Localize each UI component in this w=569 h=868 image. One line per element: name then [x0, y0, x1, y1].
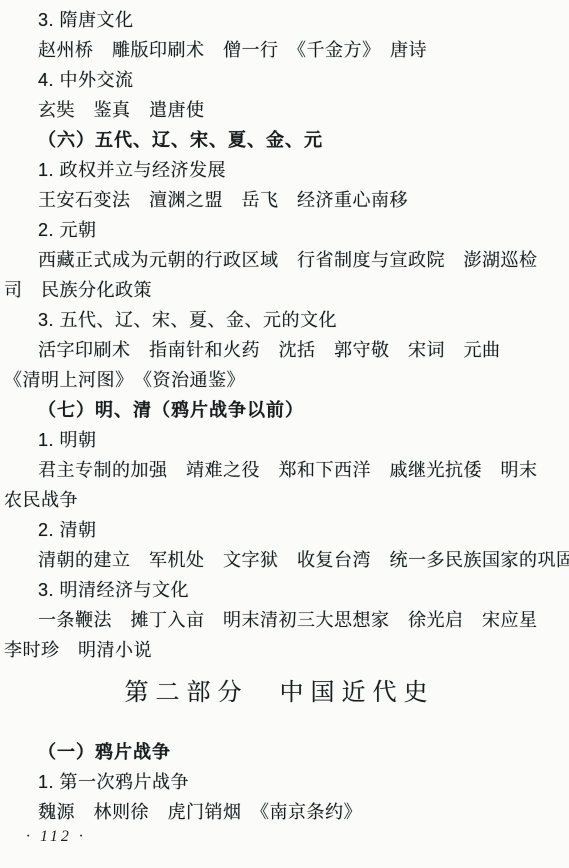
- keyword-line: 赵州桥 雕版印刷术 僧一行 《千金方》 唐诗: [4, 35, 555, 65]
- keyword-line: 一条鞭法 摊丁入亩 明末清初三大思想家 徐光启 宋应星: [4, 605, 555, 635]
- numbered-item: 2. 元朝: [4, 215, 555, 245]
- keyword-line: 农民战争: [4, 485, 555, 515]
- numbered-item: 4. 中外交流: [4, 65, 555, 95]
- document-page: 3. 隋唐文化赵州桥 雕版印刷术 僧一行 《千金方》 唐诗4. 中外交流玄奘 鉴…: [0, 0, 569, 868]
- numbered-item: 3. 明清经济与文化: [4, 575, 555, 605]
- keyword-line: 玄奘 鉴真 遣唐使: [4, 95, 555, 125]
- part-title: 第二部分 中国近代史: [4, 675, 555, 711]
- section-heading: （七）明、清（鸦片战争以前）: [4, 395, 555, 425]
- section-heading: （一）鸦片战争: [4, 737, 555, 767]
- keyword-line: 李时珍 明清小说: [4, 635, 555, 665]
- keyword-line: 《清明上河图》 《资治通鉴》: [4, 365, 555, 395]
- page-number: · 112 ·: [26, 828, 86, 846]
- keyword-line: 魏源 林则徐 虎门销烟 《南京条约》: [4, 797, 555, 827]
- keyword-line: 君主专制的加强 靖难之役 郑和下西洋 戚继光抗倭 明末: [4, 455, 555, 485]
- content-lines: 3. 隋唐文化赵州桥 雕版印刷术 僧一行 《千金方》 唐诗4. 中外交流玄奘 鉴…: [4, 5, 555, 827]
- numbered-item: 1. 第一次鸦片战争: [4, 767, 555, 797]
- keyword-line: 清朝的建立 军机处 文字狱 收复台湾 统一多民族国家的巩固: [4, 545, 555, 575]
- numbered-item: 3. 隋唐文化: [4, 5, 555, 35]
- keyword-line: 王安石变法 澶渊之盟 岳飞 经济重心南移: [4, 185, 555, 215]
- keyword-line: 西藏正式成为元朝的行政区域 行省制度与宣政院 澎湖巡检: [4, 245, 555, 275]
- numbered-item: 1. 明朝: [4, 425, 555, 455]
- section-heading: （六）五代、辽、宋、夏、金、元: [4, 125, 555, 155]
- numbered-item: 2. 清朝: [4, 515, 555, 545]
- keyword-line: 活字印刷术 指南针和火药 沈括 郭守敬 宋词 元曲: [4, 335, 555, 365]
- numbered-item: 1. 政权并立与经济发展: [4, 155, 555, 185]
- keyword-line: 司 民族分化政策: [4, 275, 555, 305]
- numbered-item: 3. 五代、辽、宋、夏、金、元的文化: [4, 305, 555, 335]
